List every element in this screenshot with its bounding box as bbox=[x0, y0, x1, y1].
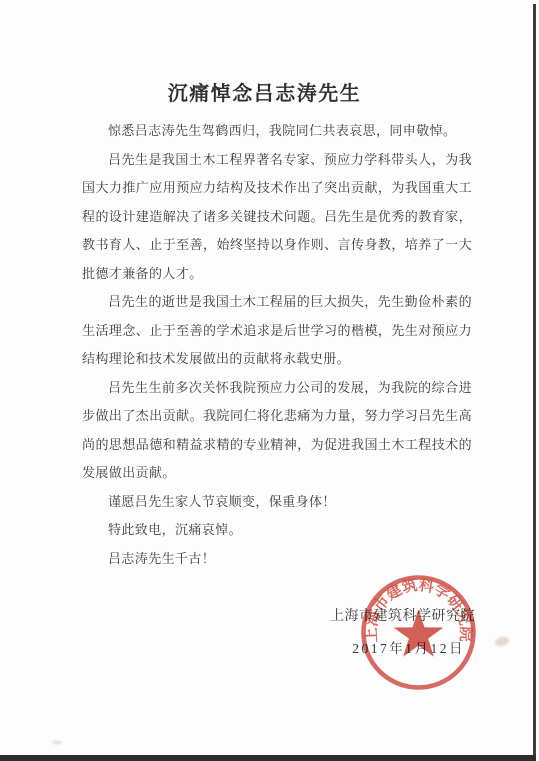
ink-smudge bbox=[494, 635, 510, 647]
scan-edge-bottom bbox=[0, 755, 536, 761]
paragraph-closing: 特此致电，沉痛哀悼。 bbox=[82, 516, 472, 545]
paragraph-legacy: 吕先生的逝世是我国土木工程届的巨大损失，先生勤俭朴素的生活理念、止于至善的学术追… bbox=[82, 288, 472, 374]
letter-page: 沉痛悼念吕志涛先生 惊悉吕志涛先生驾鹤西归，我院同仁共表哀思，同申敬悼。 吕先生… bbox=[0, 0, 539, 761]
letter-body: 惊悉吕志涛先生驾鹤西归，我院同仁共表哀思，同申敬悼。 吕先生是我国土木工程界著名… bbox=[82, 117, 472, 573]
paragraph-farewell: 吕志涛先生千古！ bbox=[82, 545, 472, 574]
paragraph-career: 吕先生是我国土木工程界著名专家、预应力学科带头人，为我国大力推广应用预应力结构及… bbox=[82, 146, 472, 289]
paragraph-condolence: 谨愿吕先生家人节哀顺变，保重身体！ bbox=[82, 488, 472, 517]
page-title: 沉痛悼念吕志涛先生 bbox=[0, 77, 529, 106]
scan-smudge bbox=[52, 741, 62, 744]
paragraph-tribute: 吕先生生前多次关怀我院预应力公司的发展，为我院的综合进步做出了杰出贡献。我院同仁… bbox=[82, 374, 472, 488]
official-seal-stamp: 上海市建筑科学研究院 bbox=[359, 573, 478, 692]
scan-edge-right bbox=[533, 4, 536, 761]
paragraph-opening: 惊悉吕志涛先生驾鹤西归，我院同仁共表哀思，同申敬悼。 bbox=[82, 117, 472, 146]
star-icon bbox=[394, 609, 444, 656]
